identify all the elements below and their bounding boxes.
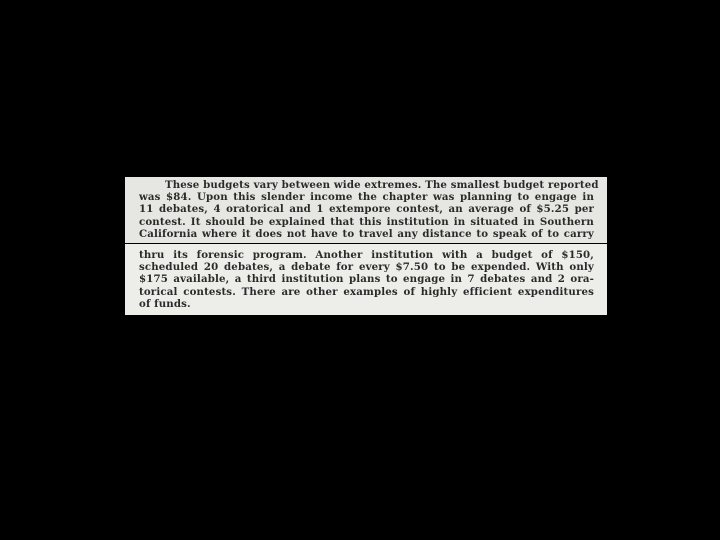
text-line: These budgets vary between wide extremes… — [139, 179, 594, 191]
text-line: California where it does not have to tra… — [139, 228, 594, 240]
text-line: 11 debates, 4 oratorical and 1 extempore… — [139, 203, 594, 215]
text-line: was $84. Upon this slender income the ch… — [139, 191, 594, 203]
text-line: torical contests. There are other exampl… — [139, 286, 594, 298]
lower-text-clipping: thru its forensic program. Another insti… — [125, 244, 607, 315]
upper-text-clipping: These budgets vary between wide extremes… — [125, 177, 607, 243]
text-line: of funds. — [139, 298, 594, 310]
text-line: thru its forensic program. Another insti… — [139, 249, 594, 261]
text-line: contest. It should be explained that thi… — [139, 216, 594, 228]
text-line: $175 available, a third institution plan… — [139, 273, 594, 285]
text-line: scheduled 20 debates, a debate for every… — [139, 261, 594, 273]
